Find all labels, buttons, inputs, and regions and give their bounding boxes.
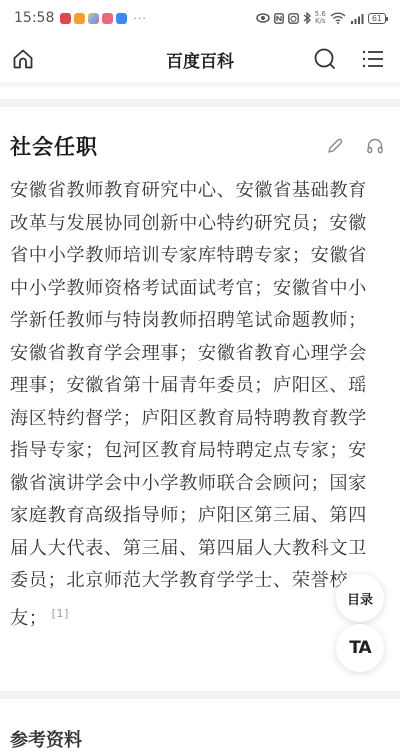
- nfc-icon: [274, 13, 284, 24]
- list-menu-icon: [362, 49, 384, 69]
- battery-indicator: 61: [368, 13, 386, 24]
- social-positions-section: 社会任职 安徽省教师教育研究中心、安徽省基础教育改革与发展协同创新中心特约研究员…: [0, 119, 400, 635]
- edit-pencil-icon[interactable]: [326, 137, 344, 155]
- bluetooth-icon: [303, 12, 311, 24]
- network-speed: 5.6K/s: [315, 11, 326, 25]
- eye-icon: [256, 13, 270, 23]
- weibo-icon: [74, 13, 85, 24]
- home-button[interactable]: [10, 46, 36, 72]
- app-colorful-icon: [88, 13, 99, 24]
- references-title: 参考资料: [10, 726, 82, 752]
- search-button[interactable]: [312, 46, 338, 72]
- section-body-text: 安徽省教师教育研究中心、安徽省基础教育改革与发展协同创新中心特约研究员；安徽省中…: [10, 175, 384, 635]
- app-blue-cloud-icon: [116, 13, 127, 24]
- alarm-icon: [288, 13, 299, 24]
- table-of-contents-button[interactable]: 目录: [336, 574, 384, 622]
- section-divider: [0, 99, 400, 107]
- section-divider-bottom: [0, 691, 400, 699]
- headphones-icon[interactable]: [366, 137, 384, 155]
- section-title: 社会任职: [10, 131, 98, 161]
- reference-link[interactable]: [1]: [52, 607, 69, 620]
- spacer: [0, 87, 400, 99]
- app-pink-icon: [102, 13, 113, 24]
- section-header: 社会任职: [10, 119, 384, 173]
- body-text: 安徽省教师教育研究中心、安徽省基础教育改革与发展协同创新中心特约研究员；安徽省中…: [10, 180, 367, 629]
- text-size-button[interactable]: TA: [336, 624, 384, 672]
- wifi-icon: [330, 12, 346, 24]
- status-bar: 15:58 ··· 5.6K/s 61: [0, 0, 400, 36]
- top-nav-bar: 百度百科: [0, 36, 400, 82]
- app-red-icon: [60, 13, 71, 24]
- cellular-signal-icon: [350, 13, 364, 24]
- search-icon: [313, 47, 337, 71]
- more-notifications-icon: ···: [133, 12, 147, 25]
- home-icon: [11, 47, 35, 71]
- menu-button[interactable]: [360, 46, 386, 72]
- status-time: 15:58: [14, 10, 54, 26]
